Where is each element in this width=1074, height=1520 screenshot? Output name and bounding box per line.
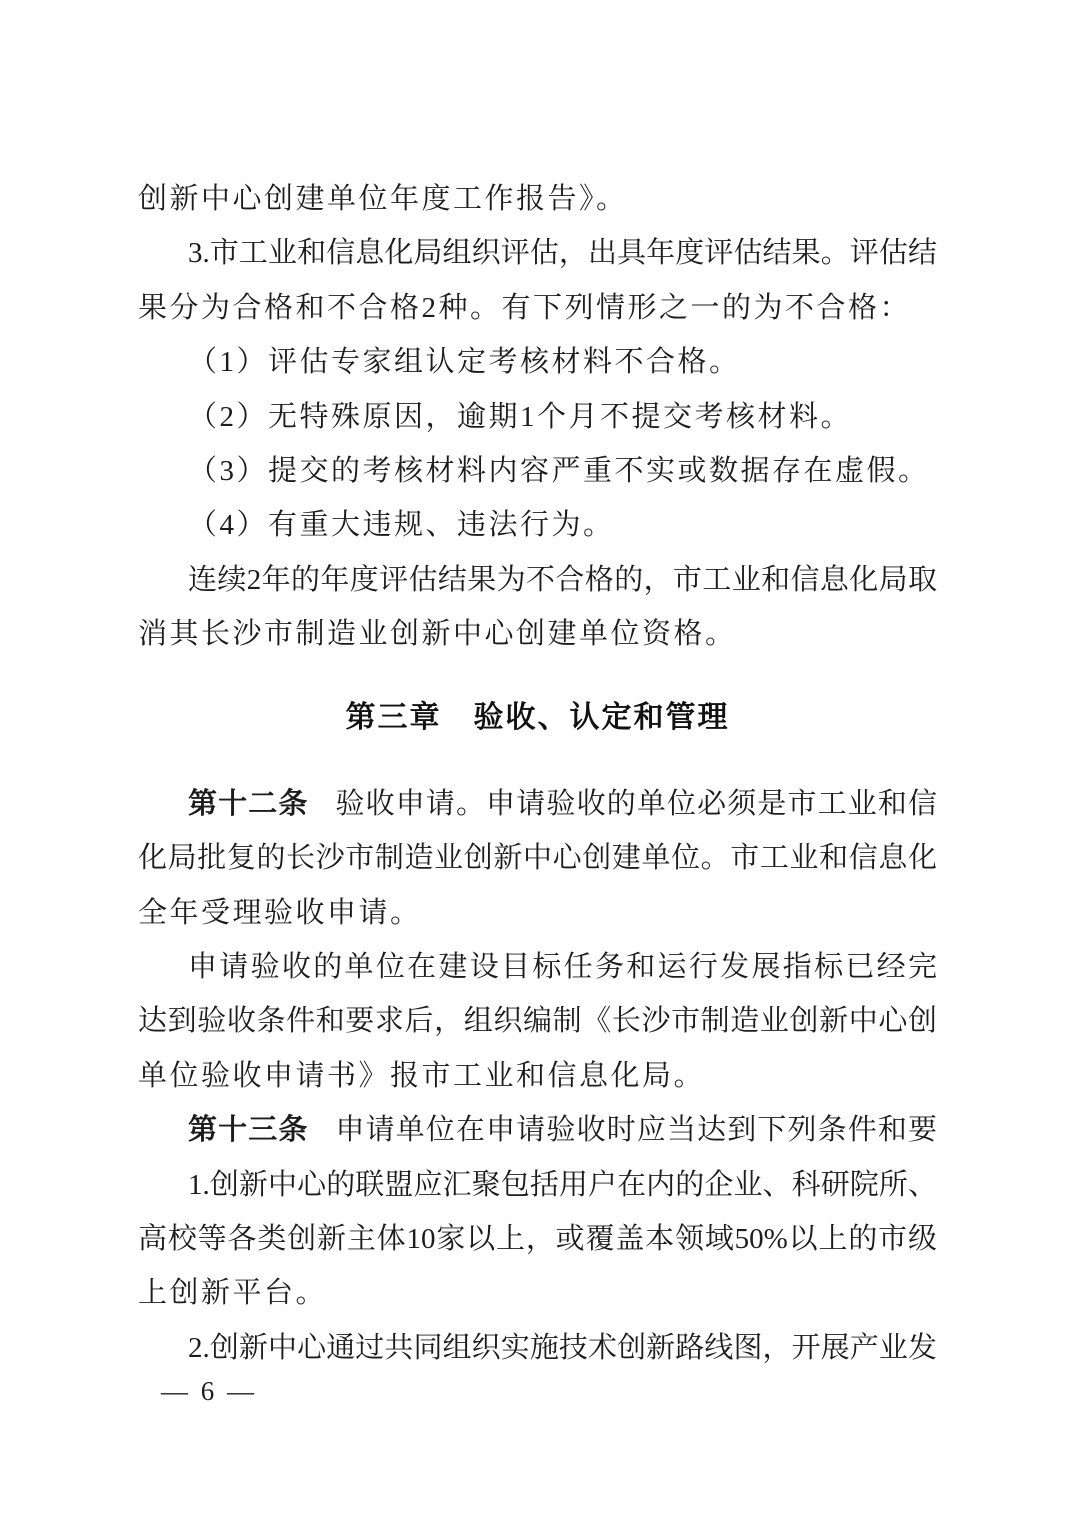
body-line: 化局批复的长沙市制造业创新中心创建单位。市工业和信息化局 [138,831,937,885]
body-line: 果分为合格和不合格2种。有下列情形之一的为不合格： [138,281,937,335]
document-body: 创新中心创建单位年度工作报告》。 3.市工业和信息化局组织评估，出具年度评估结果… [138,172,937,1375]
list-item-line: （3）提交的考核材料内容严重不实或数据存在虚假。 [138,444,937,498]
chapter-heading: 第三章 验收、认定和管理 [138,691,937,745]
body-line: 全年受理验收申请。 [138,886,937,940]
body-line: 申请验收的单位在建设目标任务和运行发展指标已经完成、 [138,940,937,994]
article-line: 第十三条申请单位在申请验收时应当达到下列条件和要求： [138,1103,937,1157]
body-line: 消其长沙市制造业创新中心创建单位资格。 [138,607,937,661]
list-item-line: 1.创新中心的联盟应汇聚包括用户在内的企业、科研院所、 [138,1158,937,1212]
article-number: 第十二条 [188,788,309,820]
body-line: 连续2年的年度评估结果为不合格的，市工业和信息化局取 [138,553,937,607]
list-item-line: （1）评估专家组认定考核材料不合格。 [138,335,937,389]
list-item-line: 2.创新中心通过共同组织实施技术创新路线图，开展产业发 [138,1321,937,1375]
document-page: 创新中心创建单位年度工作报告》。 3.市工业和信息化局组织评估，出具年度评估结果… [0,0,1074,1520]
body-line: 3.市工业和信息化局组织评估，出具年度评估结果。评估结 [138,226,937,280]
body-line: 上创新平台。 [138,1266,937,1320]
article-number: 第十三条 [188,1114,309,1146]
page-number: — 6 — [161,1376,257,1406]
article-line: 第十二条验收申请。申请验收的单位必须是市工业和信息 [138,777,937,831]
body-line: 单位验收申请书》报市工业和信息化局。 [138,1049,937,1103]
body-line: 达到验收条件和要求后，组织编制《长沙市制造业创新中心创建 [138,994,937,1048]
body-line: 创新中心创建单位年度工作报告》。 [138,172,937,226]
list-item-line: （4）有重大违规、违法行为。 [138,498,937,552]
body-line: 高校等各类创新主体10家以上，或覆盖本领域50%以上的市级以 [138,1212,937,1266]
list-item-line: （2）无特殊原因，逾期1个月不提交考核材料。 [138,390,937,444]
